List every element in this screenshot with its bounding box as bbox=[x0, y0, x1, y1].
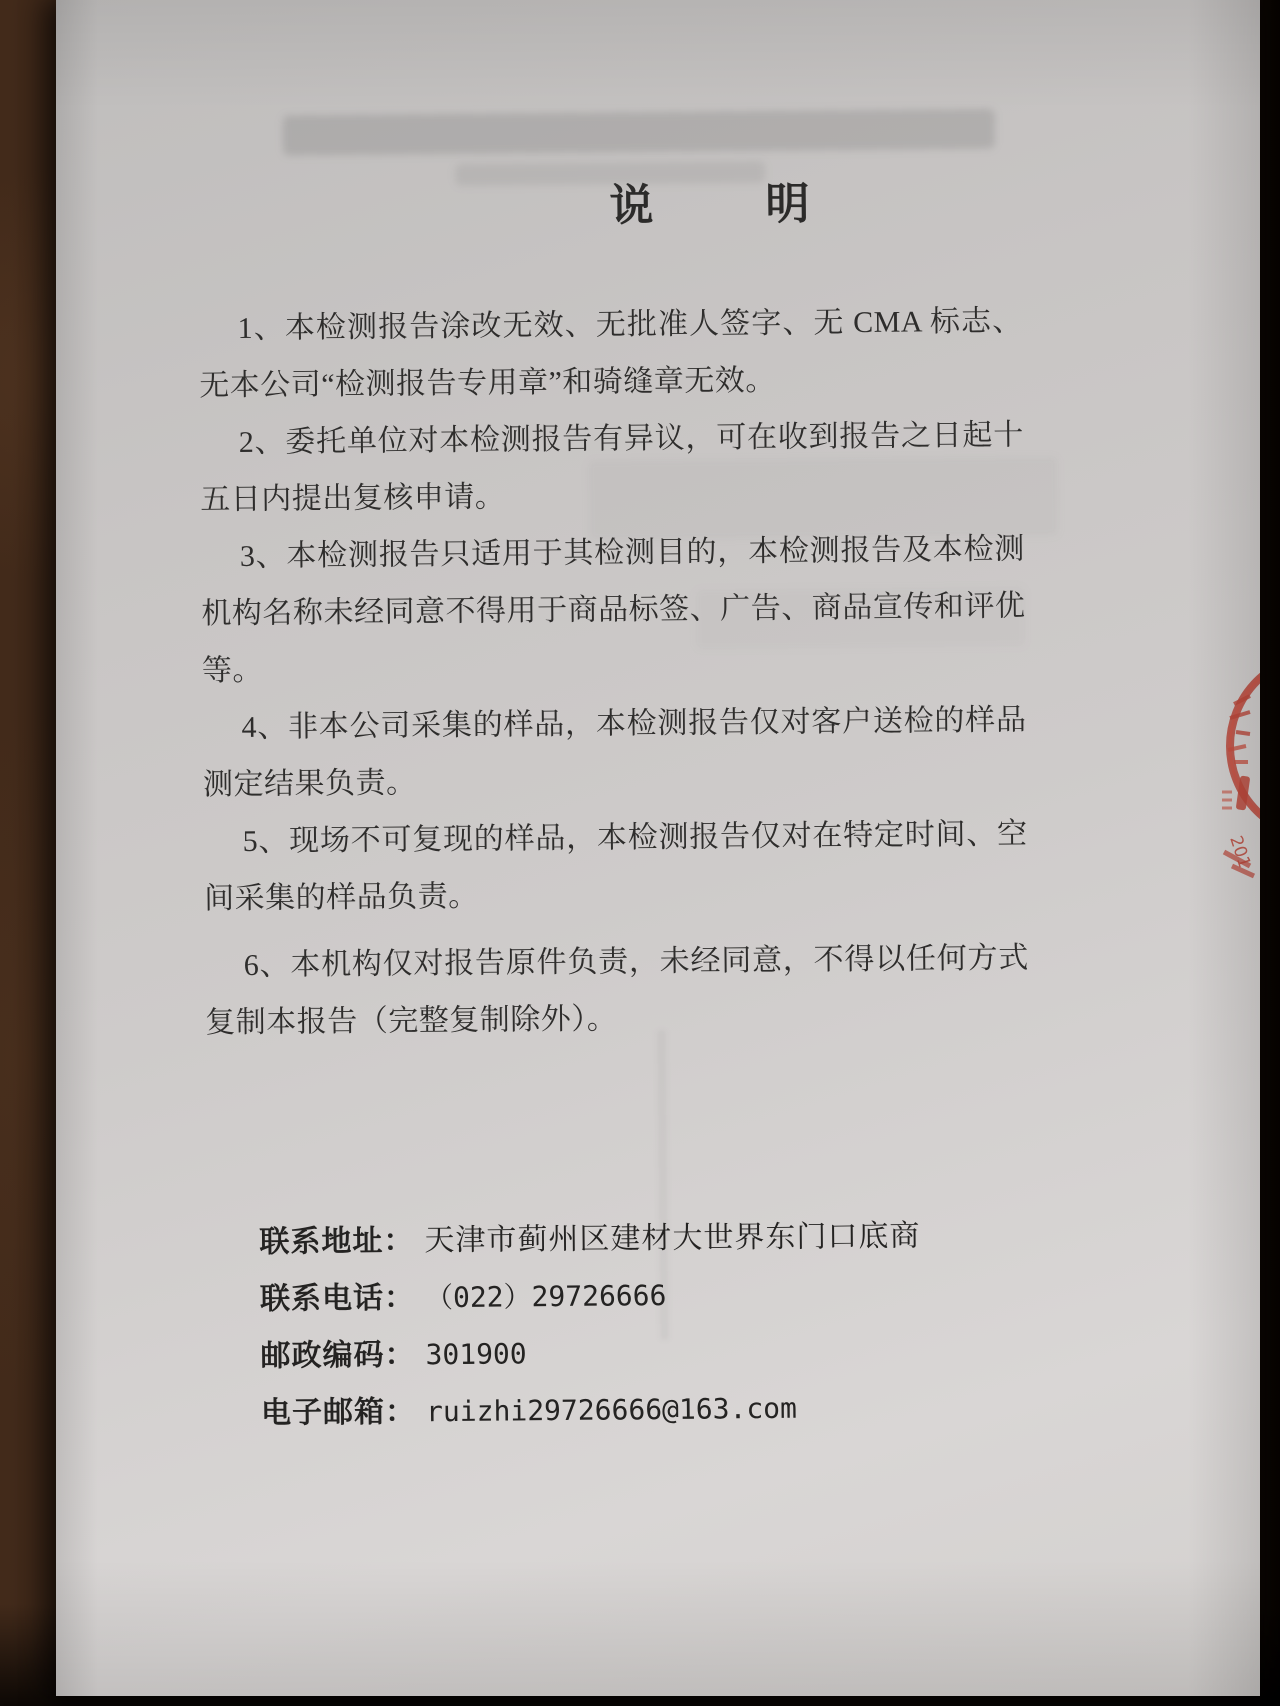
page-content: 说 明 1、本检测报告涂改无效、无批准人签字、无 CMA 标志、无本公司“检测报… bbox=[56, 0, 1260, 1696]
contact-phone-label: 联系电话： bbox=[260, 1273, 415, 1318]
contact-phone-value: （022）29726666 bbox=[425, 1274, 667, 1316]
note-paragraph-4: 4、非本公司采集的样品，本检测报告仅对客户送检的样品测定结果负责。 bbox=[202, 692, 1027, 814]
note-paragraph-5: 5、现场不可复现的样品，本检测报告仅对在特定时间、空间采集的样品负责。 bbox=[203, 806, 1028, 928]
notes-list: 1、本检测报告涂改无效、无批准人签字、无 CMA 标志、无本公司“检测报告专用章… bbox=[198, 293, 1029, 1052]
bleed-through-ghost-text bbox=[283, 109, 995, 156]
contact-postcode-value: 301900 bbox=[425, 1338, 526, 1372]
contact-address-value: 天津市蓟州区建材大世界东门口底商 bbox=[424, 1211, 920, 1260]
contact-row-email: 电子邮箱： ruizhi29726666@163.com bbox=[261, 1379, 1260, 1446]
note-paragraph-2: 2、委托单位对本检测报告有异议，可在收到报告之日起十五日内提出复核申请。 bbox=[200, 407, 1025, 529]
note-paragraph-3: 3、本检测报告只适用于其检测目的，本检测报告及本检测机构名称未经同意不得用于商品… bbox=[201, 521, 1027, 700]
contact-email-label: 电子邮箱： bbox=[261, 1387, 416, 1432]
contact-row-postcode: 邮政编码： 301900 bbox=[260, 1322, 1260, 1389]
document-page: 说 明 1、本检测报告涂改无效、无批准人签字、无 CMA 标志、无本公司“检测报… bbox=[56, 0, 1260, 1696]
contact-row-phone: 联系电话： （022）29726666 bbox=[260, 1265, 1260, 1332]
page-title: 说 明 bbox=[171, 176, 1255, 235]
contact-email-value: ruizhi29726666@163.com bbox=[426, 1392, 797, 1429]
note-paragraph-1: 1、本检测报告涂改无效、无批准人签字、无 CMA 标志、无本公司“检测报告专用章… bbox=[198, 293, 1023, 415]
contact-address-label: 联系地址： bbox=[259, 1216, 414, 1261]
contact-postcode-label: 邮政编码： bbox=[260, 1330, 415, 1375]
note-paragraph-6: 6、本机构仅对报告原件负责，未经同意，不得以任何方式复制本报告（完整复制除外）。 bbox=[205, 930, 1030, 1052]
contact-row-address: 联系地址： 天津市蓟州区建材大世界东门口底商 bbox=[259, 1208, 1260, 1275]
contact-block: 联系地址： 天津市蓟州区建材大世界东门口底商 联系电话： （022）297266… bbox=[259, 1208, 1260, 1446]
